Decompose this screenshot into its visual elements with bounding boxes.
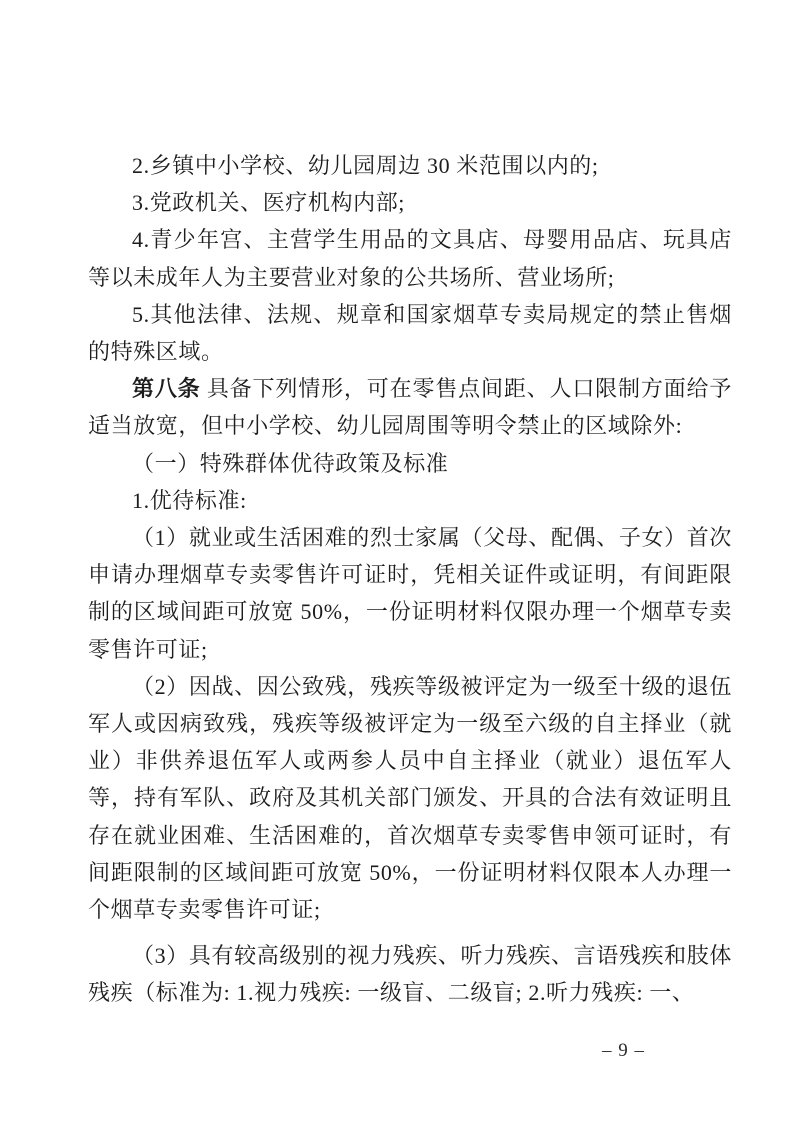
document-page: 2.乡镇中小学校、幼儿园周边 30 米范围以内的; 3.党政机关、医疗机构内部;…: [0, 0, 793, 1122]
sub-item-3: （3）具有较高级别的视力残疾、听力残疾、言语残疾和肢体残疾（标准为: 1.视力残…: [88, 937, 732, 1011]
list-item-4: 4.青少年宫、主营学生用品的文具店、母婴用品店、玩具店等以未成年人为主要营业对象…: [88, 221, 732, 295]
paragraph-text: 4.青少年宫、主营学生用品的文具店、母婴用品店、玩具店等以未成年人为主要营业对象…: [88, 227, 732, 289]
list-item-5: 5.其他法律、法规、规章和国家烟草专卖局规定的禁止售烟的特殊区域。: [88, 296, 732, 370]
document-text-block: 2.乡镇中小学校、幼儿园周边 30 米范围以内的; 3.党政机关、医疗机构内部;…: [88, 147, 732, 1012]
paragraph-text: （一）特殊群体优待政策及标准: [132, 451, 448, 476]
list-item-2: 2.乡镇中小学校、幼儿园周边 30 米范围以内的;: [88, 147, 732, 184]
article-8-paragraph: 第八条 具备下列情形，可在零售点间距、人口限制方面给予适当放宽，但中小学校、幼儿…: [88, 370, 732, 444]
standards-heading: 1.优待标准:: [88, 482, 732, 519]
paragraph-text: 1.优待标准:: [132, 488, 247, 513]
section-1-heading: （一）特殊群体优待政策及标准: [88, 445, 732, 482]
paragraph-text: 2.乡镇中小学校、幼儿园周边 30 米范围以内的;: [132, 153, 599, 178]
list-item-3: 3.党政机关、医疗机构内部;: [88, 184, 732, 221]
article-8-number: 第八条: [132, 376, 201, 401]
paragraph-text: 5.其他法律、法规、规章和国家烟草专卖局规定的禁止售烟的特殊区域。: [88, 302, 732, 364]
paragraph-text: （1）就业或生活困难的烈士家属（父母、配偶、子女）首次申请办理烟草专卖零售许可证…: [88, 525, 732, 662]
sub-item-2: （2）因战、因公致残，残疾等级被评定为一级至十级的退伍军人或因病致残，残疾等级被…: [88, 668, 732, 928]
paragraph-text: （2）因战、因公致残，残疾等级被评定为一级至十级的退伍军人或因病致残，残疾等级被…: [88, 674, 732, 922]
sub-item-1: （1）就业或生活困难的烈士家属（父母、配偶、子女）首次申请办理烟草专卖零售许可证…: [88, 519, 732, 668]
page-number: – 9 –: [602, 1040, 645, 1062]
paragraph-text: （3）具有较高级别的视力残疾、听力残疾、言语残疾和肢体残疾（标准为: 1.视力残…: [88, 943, 732, 1005]
paragraph-text: 3.党政机关、医疗机构内部;: [132, 190, 405, 215]
